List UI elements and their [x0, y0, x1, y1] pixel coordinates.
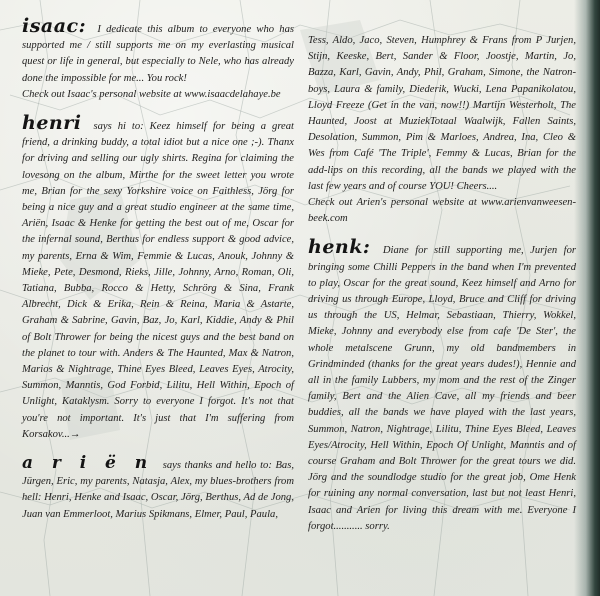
henri-heading: henri: [22, 112, 81, 134]
right-column: Tess, Aldo, Jaco, Steven, Humphrey & Fra…: [308, 33, 576, 539]
isaac-section: isaac: I dedicate this album to everyone…: [22, 18, 294, 103]
booklet-page: isaac: I dedicate this album to everyone…: [0, 0, 600, 596]
henk-thanks-text: Diane for still supporting me, Jurjen fo…: [308, 245, 576, 531]
isaac-website-line: Check out Isaac's personal website at ww…: [22, 89, 281, 100]
arien-heading: a r i ë n: [22, 453, 153, 473]
booklet-spine-edge: [574, 0, 600, 596]
henk-section: henk: Diane for still supporting me, Jur…: [308, 239, 576, 535]
arien-continued-text: Tess, Aldo, Jaco, Steven, Humphrey & Fra…: [308, 35, 576, 192]
left-column: isaac: I dedicate this album to everyone…: [22, 14, 294, 527]
henri-thanks-text: says hi to: Keez himself for being a gre…: [22, 121, 294, 440]
arien-section: a r i ë n says thanks and hello to: Bas,…: [22, 455, 294, 523]
isaac-heading: isaac:: [22, 15, 86, 37]
arien-website-line: Check out Arien's personal website at ww…: [308, 197, 576, 224]
arien-continued-section: Tess, Aldo, Jaco, Steven, Humphrey & Fra…: [308, 33, 576, 227]
henri-section: henri says hi to: Keez himself for being…: [22, 115, 294, 443]
henk-heading: henk:: [308, 236, 370, 258]
